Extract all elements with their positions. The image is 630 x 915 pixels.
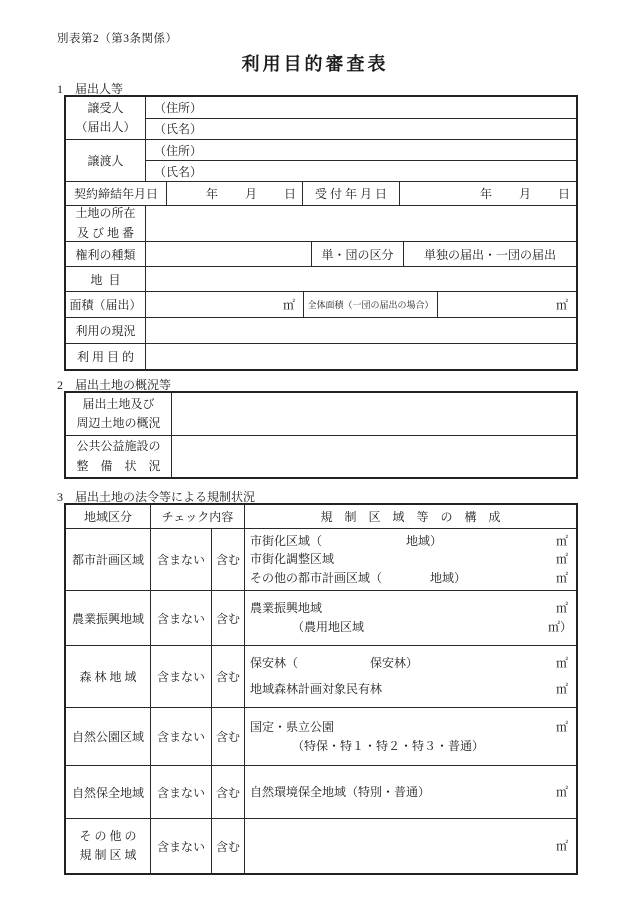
right-type-input[interactable] [146, 242, 312, 266]
current-use-input[interactable] [146, 318, 576, 343]
unit-label: ㎡ [556, 680, 576, 699]
land-category-row: 地目 [66, 266, 576, 291]
transferor-address-label: （住所） [154, 142, 202, 159]
exclude-option[interactable]: 含まない [151, 766, 212, 818]
transferor-name-input[interactable] [202, 161, 576, 181]
region-label: 都市計画区域 [66, 529, 151, 590]
transferor-address-input[interactable] [202, 140, 576, 160]
unit-label: ㎡） [548, 618, 576, 637]
transferee-address-row: （住所） [146, 97, 576, 119]
area-label: 面積（届出） [66, 292, 146, 317]
transferor-row: 譲渡人 （住所） （氏名） [66, 139, 576, 181]
land-overview-table: 届出土地及び 周辺土地の概況 公共公益施設の 整 備 状 況 [64, 391, 578, 479]
land-category-input[interactable] [146, 267, 576, 291]
right-type-row: 権利の種類 単・団の区分 単独の届出・一団の届出 [66, 241, 576, 266]
land-location-input[interactable] [146, 206, 576, 241]
unit-label: ㎡ [556, 550, 576, 569]
contract-date-input[interactable]: 年 月 日 [167, 182, 303, 205]
public-facilities-input[interactable] [172, 436, 576, 477]
composition-text: 地域森林計画対象民有林 [245, 680, 556, 699]
include-option[interactable]: 含む [212, 766, 245, 818]
page-title: 利用目的審査表 [0, 50, 630, 76]
transferee-name-label: （氏名） [154, 120, 202, 137]
area-input[interactable]: ㎡ [146, 292, 304, 317]
receipt-date-label: 受 付 年 月 日 [303, 182, 400, 205]
composition-line[interactable]: 保安林（ 保安林） ㎡ [245, 654, 576, 673]
composition-text: 市街化調整区域 [245, 550, 556, 569]
regulation-row-natural-park: 自然公園区域 含まない 含む 国定・県立公園 ㎡ （特保・特１・特２・特３・普通… [66, 707, 576, 765]
unit-label: ㎡ [556, 569, 576, 588]
single-group-label: 単・団の区分 [312, 242, 404, 266]
unit-label: ㎡ [556, 654, 576, 673]
exclude-option[interactable]: 含まない [151, 591, 212, 645]
unit-label: ㎡ [556, 837, 576, 856]
transferee-name-input[interactable] [202, 119, 576, 140]
public-facilities-row: 公共公益施設の 整 備 状 況 [66, 435, 576, 477]
region-label: 農業振興地域 [66, 591, 151, 645]
composition-line[interactable]: 農業振興地域 ㎡ [245, 599, 576, 618]
composition-cell: 国定・県立公園 ㎡ （特保・特１・特２・特３・普通） [245, 708, 576, 765]
purpose-label: 利 用 目 的 [66, 344, 146, 369]
composition-line[interactable]: 市街化調整区域 ㎡ [245, 550, 576, 569]
composition-text: 国定・県立公園 [245, 718, 556, 737]
transferee-label: 譲受人 （届出人） [66, 97, 146, 139]
composition-text: 市街化区域（ 地域） [245, 532, 556, 551]
unit-label: ㎡ [556, 599, 576, 618]
composition-cell: 自然環境保全地域（特別・普通） ㎡ [245, 766, 576, 818]
region-label: そ の 他 の 規 制 区 域 [66, 819, 151, 873]
composition-line[interactable]: （農用地区域 ㎡） [245, 618, 576, 637]
composition-cell: 市街化区域（ 地域） ㎡ 市街化調整区域 ㎡ その他の都市計画区域（ 地域） ㎡ [245, 529, 576, 590]
col-check-header: チェック内容 [151, 505, 245, 528]
transferee-name-row: （氏名） [146, 119, 576, 140]
public-facilities-label: 公共公益施設の 整 備 状 況 [66, 436, 172, 477]
composition-text: 農業振興地域 [245, 599, 556, 618]
regulation-row-forest: 森 林 地 域 含まない 含む 保安林（ 保安林） ㎡ 地域森林計画対象民有林 … [66, 645, 576, 707]
exclude-option[interactable]: 含まない [151, 819, 212, 873]
right-type-label: 権利の種類 [66, 242, 146, 266]
total-area-input[interactable]: ㎡ [438, 292, 576, 317]
composition-cell: 保安林（ 保安林） ㎡ 地域森林計画対象民有林 ㎡ [245, 646, 576, 707]
include-option[interactable]: 含む [212, 819, 245, 873]
composition-text: その他の都市計画区域（ 地域） [245, 569, 556, 588]
unit-label: ㎡ [556, 532, 576, 551]
regulation-row-city-planning: 都市計画区域 含まない 含む 市街化区域（ 地域） ㎡ 市街化調整区域 ㎡ その… [66, 528, 576, 590]
exclude-option[interactable]: 含まない [151, 529, 212, 590]
receipt-date-input[interactable]: 年 月 日 [400, 182, 576, 205]
composition-line[interactable]: 地域森林計画対象民有林 ㎡ [245, 680, 576, 699]
area-row: 面積（届出） ㎡ 全体面積（一団の届出の場合） ㎡ [66, 291, 576, 317]
regulation-row-nature-conservation: 自然保全地域 含まない 含む 自然環境保全地域（特別・普通） ㎡ [66, 765, 576, 818]
single-group-choice[interactable]: 単独の届出・一団の届出 [404, 242, 576, 266]
land-overview-input[interactable] [172, 393, 576, 435]
transferor-name-label: （氏名） [154, 163, 202, 180]
land-overview-label: 届出土地及び 周辺土地の概況 [66, 393, 172, 435]
composition-cell: ㎡ [245, 819, 576, 873]
col-composition-header: 規 制 区 域 等 の 構 成 [245, 505, 576, 528]
regulation-row-other: そ の 他 の 規 制 区 域 含まない 含む ㎡ [66, 818, 576, 873]
contract-date-row: 契約締結年月日 年 月 日 受 付 年 月 日 年 月 日 [66, 181, 576, 205]
transferor-address-row: （住所） [146, 140, 576, 161]
composition-cell: 農業振興地域 ㎡ （農用地区域 ㎡） [245, 591, 576, 645]
composition-line[interactable]: ㎡ [245, 837, 576, 856]
composition-line[interactable]: 市街化区域（ 地域） ㎡ [245, 532, 576, 551]
transferee-address-input[interactable] [202, 97, 576, 118]
applicant-table: 譲受人 （届出人） （住所） （氏名） 譲渡人 （住所） （氏名） [64, 95, 578, 371]
regulation-table: 地域区分 チェック内容 規 制 区 域 等 の 構 成 都市計画区域 含まない … [64, 503, 578, 875]
total-area-label: 全体面積（一団の届出の場合） [304, 292, 438, 317]
include-option[interactable]: 含む [212, 708, 245, 765]
composition-line[interactable]: （特保・特１・特２・特３・普通） [245, 737, 576, 756]
include-option[interactable]: 含む [212, 529, 245, 590]
transferor-label: 譲渡人 [66, 140, 146, 181]
land-location-label: 土地の所在 及 び 地 番 [66, 206, 146, 241]
exclude-option[interactable]: 含まない [151, 708, 212, 765]
regulation-header-row: 地域区分 チェック内容 規 制 区 域 等 の 構 成 [66, 505, 576, 528]
appendix-note: 別表第2（第3条関係） [57, 30, 178, 46]
land-location-row: 土地の所在 及 び 地 番 [66, 205, 576, 241]
include-option[interactable]: 含む [212, 591, 245, 645]
current-use-row: 利用の現況 [66, 317, 576, 343]
land-overview-row: 届出土地及び 周辺土地の概況 [66, 393, 576, 435]
purpose-input[interactable] [146, 344, 576, 369]
composition-line[interactable]: 国定・県立公園 ㎡ [245, 718, 576, 737]
region-label: 森 林 地 域 [66, 646, 151, 707]
unit-label: ㎡ [556, 718, 576, 737]
composition-text: （農用地区域 [245, 618, 548, 637]
region-label: 自然保全地域 [66, 766, 151, 818]
regulation-row-agriculture: 農業振興地域 含まない 含む 農業振興地域 ㎡ （農用地区域 ㎡） [66, 590, 576, 645]
composition-text: 保安林（ 保安林） [245, 654, 556, 673]
current-use-label: 利用の現況 [66, 318, 146, 343]
exclude-option[interactable]: 含まない [151, 646, 212, 707]
col-region-header: 地域区分 [66, 505, 151, 528]
purpose-row: 利 用 目 的 [66, 343, 576, 369]
land-category-label: 地目 [66, 267, 146, 291]
composition-line[interactable]: 自然環境保全地域（特別・普通） ㎡ [245, 783, 576, 802]
unit-label: ㎡ [556, 783, 576, 802]
composition-text: （特保・特１・特２・特３・普通） [245, 737, 568, 756]
transferee-row: 譲受人 （届出人） （住所） （氏名） [66, 97, 576, 139]
transferor-name-row: （氏名） [146, 161, 576, 181]
region-label: 自然公園区域 [66, 708, 151, 765]
contract-date-label: 契約締結年月日 [66, 182, 167, 205]
composition-line[interactable]: その他の都市計画区域（ 地域） ㎡ [245, 569, 576, 588]
transferee-address-label: （住所） [154, 99, 202, 116]
composition-text: 自然環境保全地域（特別・普通） [245, 783, 556, 802]
include-option[interactable]: 含む [212, 646, 245, 707]
